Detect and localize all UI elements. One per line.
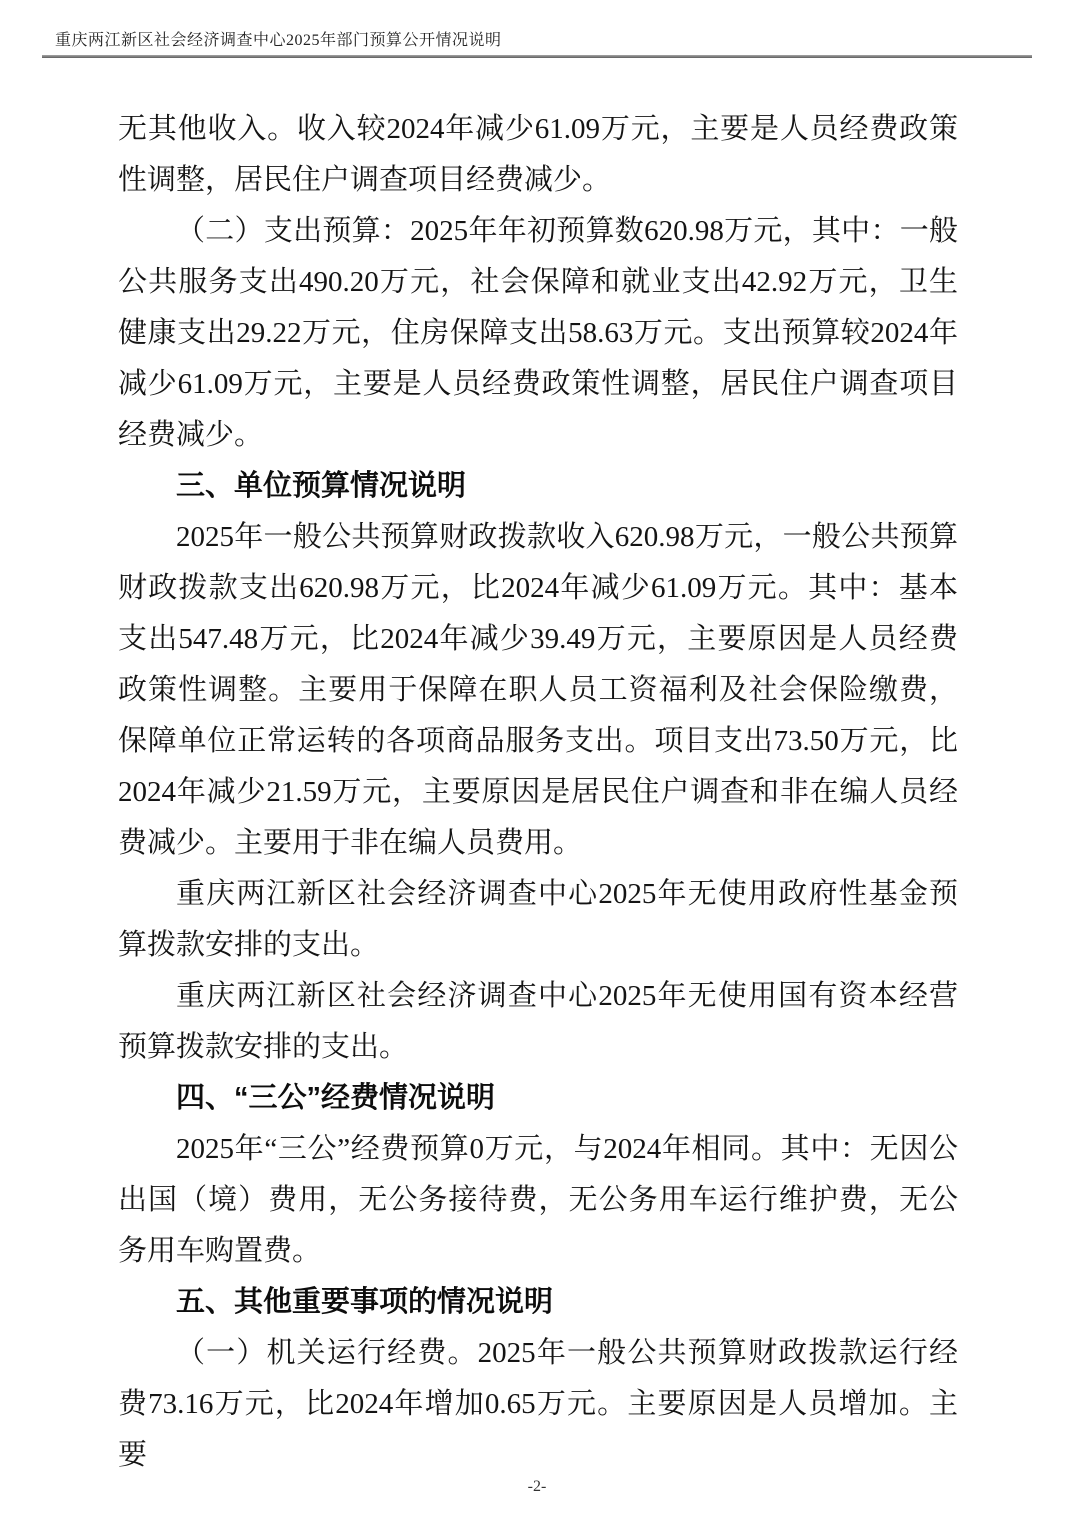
document-body: 无其他收入。收入较2024年减少61.09万元，主要是人员经费政策性调整，居民住… [118, 104, 958, 1481]
paragraph: 重庆两江新区社会经济调查中心2025年无使用国有资本经营预算拨款安排的支出。 [118, 971, 958, 1073]
paragraph: 无其他收入。收入较2024年减少61.09万元，主要是人员经费政策性调整，居民住… [118, 104, 958, 206]
paragraph: 重庆两江新区社会经济调查中心2025年无使用政府性基金预算拨款安排的支出。 [118, 869, 958, 971]
paragraph: 2025年一般公共预算财政拨款收入620.98万元，一般公共预算财政拨款支出62… [118, 512, 958, 869]
section-heading: 四、“三公”经费情况说明 [118, 1073, 958, 1124]
paragraph: （一）机关运行经费。2025年一般公共预算财政拨款运行经费73.16万元，比20… [118, 1328, 958, 1481]
page-number: -2- [0, 1478, 1074, 1496]
document-page: 重庆两江新区社会经济调查中心2025年部门预算公开情况说明 无其他收入。收入较2… [0, 0, 1074, 1520]
section-heading: 三、单位预算情况说明 [118, 461, 958, 512]
paragraph: 2025年“三公”经费预算0万元，与2024年相同。其中：无因公出国（境）费用，… [118, 1124, 958, 1277]
paragraph: （二）支出预算：2025年年初预算数620.98万元，其中：一般公共服务支出49… [118, 206, 958, 461]
header-divider [42, 55, 1032, 58]
section-heading: 五、其他重要事项的情况说明 [118, 1277, 958, 1328]
document-header-title: 重庆两江新区社会经济调查中心2025年部门预算公开情况说明 [55, 27, 1032, 50]
